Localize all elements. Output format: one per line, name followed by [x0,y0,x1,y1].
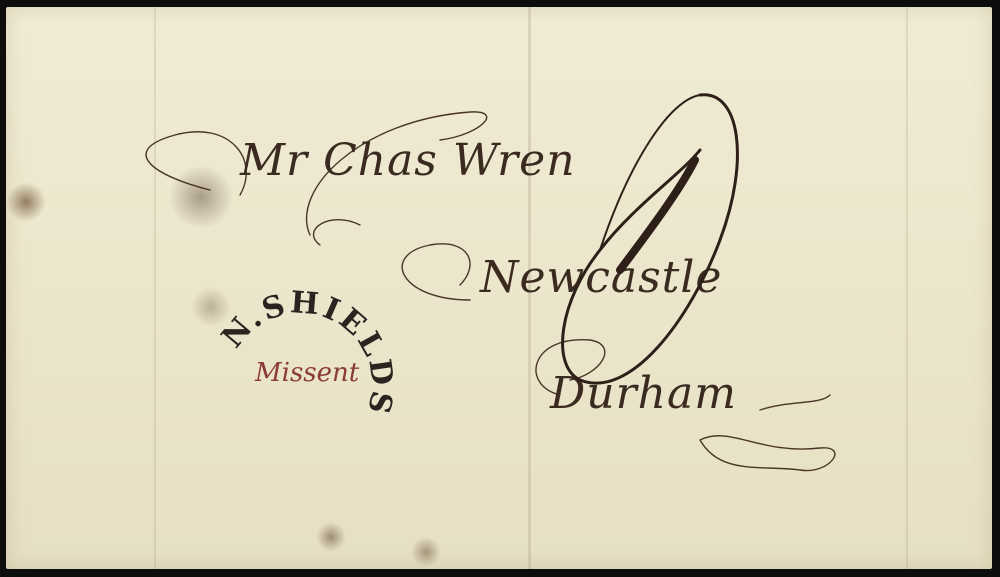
ink-stain [316,522,346,552]
missent-text: Missent [255,358,359,388]
fold-line [906,7,908,569]
missent-marking: Missent [255,358,359,388]
svg-text:N.SHIELDS: N.SHIELDS [215,285,400,420]
postmark-text: N.SHIELDS [215,285,400,420]
addressee-name: Mr Chas Wren [240,135,576,186]
ink-stain [166,167,236,227]
ink-stain [411,537,441,567]
postage-rate-mark: 8 [540,80,770,400]
rate-value: 8 [651,267,659,284]
fold-line [154,7,156,569]
ink-stain [6,182,46,222]
